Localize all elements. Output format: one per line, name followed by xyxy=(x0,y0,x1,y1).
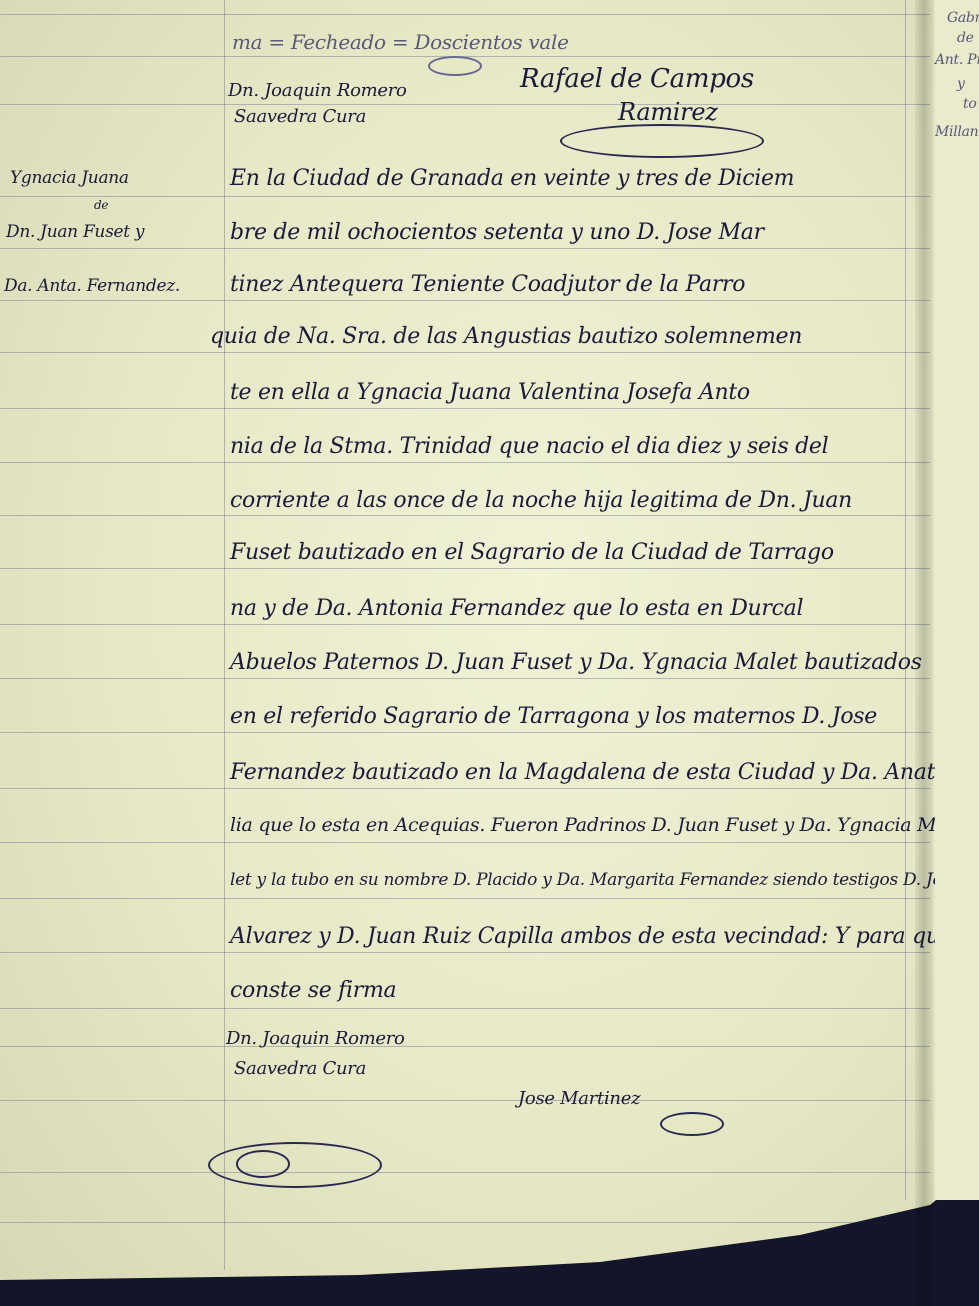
facing-page-text: y xyxy=(957,76,965,92)
ruled-line xyxy=(0,300,930,301)
ruled-line xyxy=(0,248,930,249)
facing-page-text: Millan xyxy=(935,124,978,140)
facing-page-text: de xyxy=(957,30,974,46)
ruled-line xyxy=(0,952,930,953)
bottom-signature-left-line1: Dn. Joaquin Romero xyxy=(226,1028,405,1049)
ruled-line xyxy=(0,898,930,899)
ruled-line xyxy=(0,1172,930,1173)
flourish-mark xyxy=(428,56,482,76)
ruled-line xyxy=(0,732,930,733)
signature-flourish-icon xyxy=(236,1150,290,1178)
ruled-line xyxy=(0,568,930,569)
body-line: Abuelos Paternos D. Juan Fuset y Da. Ygn… xyxy=(230,650,922,675)
ruled-line xyxy=(0,352,930,353)
body-line: conste se firma xyxy=(230,978,396,1003)
body-line: en el referido Sagrario de Tarragona y l… xyxy=(230,704,877,729)
ruled-line xyxy=(0,462,930,463)
body-line: corriente a las once de la noche hija le… xyxy=(230,488,852,513)
signature-flourish-icon xyxy=(560,124,764,158)
body-line: let y la tubo en su nombre D. Placido y … xyxy=(230,870,961,890)
ruled-line xyxy=(0,515,930,516)
book-spine xyxy=(915,0,933,1306)
top-signature-right-line2: Ramirez xyxy=(618,98,718,126)
top-signature-left-line1: Dn. Joaquin Romero xyxy=(228,80,407,101)
margin-note-line1: Ygnacia Juana xyxy=(10,168,129,188)
ruled-line xyxy=(0,624,930,625)
ruled-line xyxy=(0,408,930,409)
body-line: tinez Antequera Teniente Coadjutor de la… xyxy=(230,272,745,297)
facing-page-text: to xyxy=(963,96,976,112)
ruled-line xyxy=(0,196,930,197)
body-line: lia que lo esta en Acequias. Fueron Padr… xyxy=(230,814,947,836)
ruled-line xyxy=(0,1100,930,1101)
body-line: te en ella a Ygnacia Juana Valentina Jos… xyxy=(230,380,750,405)
signature-flourish-icon xyxy=(208,1142,382,1188)
ruled-line xyxy=(0,1046,930,1047)
body-line: Fernandez bautizado en la Magdalena de e… xyxy=(230,760,948,785)
ruled-line xyxy=(0,1008,930,1009)
body-line: Fuset bautizado en el Sagrario de la Ciu… xyxy=(230,540,834,565)
top-signature-right-line1: Rafael de Campos xyxy=(520,64,754,94)
ruled-line xyxy=(0,14,930,15)
margin-note-line2: de xyxy=(94,198,108,212)
body-line: quia de Na. Sra. de las Angustias bautiz… xyxy=(210,324,802,349)
margin-rule-right xyxy=(905,0,906,1200)
ruled-line xyxy=(0,842,930,843)
facing-page-text: Ant. Prud xyxy=(935,52,979,68)
ruled-line xyxy=(0,788,930,789)
body-line: En la Ciudad de Granada en veinte y tres… xyxy=(230,166,794,191)
bottom-signature-right: Jose Martinez xyxy=(518,1088,640,1109)
signature-flourish-icon xyxy=(660,1112,724,1136)
top-remnant-text: ma = Fecheado = Doscientos vale xyxy=(232,30,569,54)
margin-note-line4: Da. Anta. Fernandez. xyxy=(4,276,180,296)
body-line: bre de mil ochocientos setenta y uno D. … xyxy=(230,220,764,245)
facing-page-edge: Gabriel de Ant. Prud y to Millan xyxy=(935,0,979,1200)
top-signature-left-line2: Saavedra Cura xyxy=(234,106,366,127)
body-line: na y de Da. Antonia Fernandez que lo est… xyxy=(230,596,803,621)
margin-note-line3: Dn. Juan Fuset y xyxy=(6,222,144,242)
body-line: nia de la Stma. Trinidad que nacio el di… xyxy=(230,434,828,459)
body-line: Alvarez y D. Juan Ruiz Capilla ambos de … xyxy=(230,924,952,949)
bottom-signature-left-line2: Saavedra Cura xyxy=(234,1058,366,1079)
ruled-line xyxy=(0,1222,930,1223)
facing-page-text: Gabriel xyxy=(947,10,979,26)
margin-rule xyxy=(224,0,225,1270)
ruled-line xyxy=(0,104,930,105)
ruled-line xyxy=(0,678,930,679)
register-page: ma = Fecheado = Doscientos vale Dn. Joaq… xyxy=(0,0,979,1306)
